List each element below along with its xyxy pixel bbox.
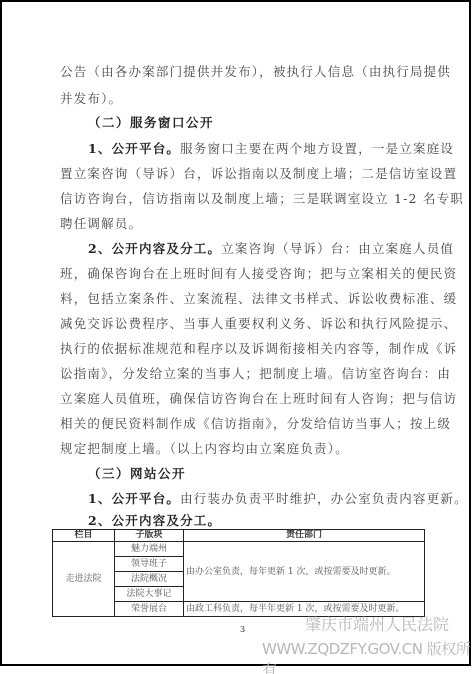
section-heading-3: （三）网站公开 [88, 464, 186, 482]
paragraph-line: 信访咨询台，信访指南以及制度上墙；三是联调室设立 1-2 名专职 [60, 189, 464, 207]
paragraph-line: 立案庭人员值班，确保信访咨询台在上班时间有人咨询；把与信访 [60, 389, 457, 407]
header-column: 栏目 [53, 530, 115, 542]
paragraph-line: 聘任调解员。 [60, 214, 142, 232]
section-heading-2: （二）服务窗口公开 [88, 113, 214, 131]
paragraph-line: 相关的便民资料制作成《信访指南》，分发给信访当事人；按上级 [60, 414, 451, 432]
item-label: 2、公开内容及分工。 [88, 241, 221, 256]
item-label: 1、公开平台。 [88, 491, 180, 506]
item-text: 立案咨询（导诉）台：由立案庭人员值 [221, 241, 454, 256]
cell-responsible: 由办公室负责，每年更新 1 次，或按需要及时更新。 [184, 542, 425, 602]
website-content-table: 栏目 子版块 责任部门 走进法院 魅力端州 由办公室负责，每年更新 1 次，或按… [52, 529, 425, 617]
paragraph-line: 公告（由各办案部门提供并发布），被执行人信息（由执行局提供 [60, 62, 451, 80]
paragraph-line: 规定把制度上墙。（以上内容均由立案庭负责）。 [60, 439, 349, 457]
paragraph-line: 1、公开平台。服务窗口主要在两个地方设置，一是立案庭设 [88, 139, 454, 157]
header-subsection: 子版块 [115, 530, 184, 542]
cell-subsection: 领导班子 [115, 557, 184, 572]
cell-subsection: 荣誉展台 [115, 602, 184, 617]
paragraph-line: 2、公开内容及分工。立案咨询（导诉）台：由立案庭人员值 [88, 239, 454, 257]
paragraph-line: 置立案咨询（导诉）台，诉讼指南以及制度上墙；二是信访室设置 [60, 164, 457, 182]
watermark-court-name: 肇庆市端州人民法院 [305, 612, 449, 635]
paragraph-line: 班，确保咨询台在上班时间有人接受咨询；把与立案相关的便民资 [60, 264, 457, 282]
watermark-copyright: WWW.ZQDZFY.GOV.CN 版权所有 [262, 638, 476, 674]
cell-column: 走进法院 [53, 542, 115, 617]
item-label: 1、公开平台。 [88, 141, 180, 156]
paragraph-line: 2、公开内容及分工。 [88, 511, 221, 529]
page-number: 3 [240, 625, 245, 634]
cell-subsection: 魅力端州 [115, 542, 184, 557]
paragraph-line: 1、公开平台。由行装办负责平时维护，办公室负责内容更新。 [88, 489, 468, 507]
item-text: 服务窗口主要在两个地方设置，一是立案庭设 [180, 141, 454, 156]
paragraph-line: 讼指南》，分发给立案的当事人；把制度上墙。信访室咨询台：由 [60, 364, 451, 382]
paragraph-line: 减免交诉讼费程序、当事人重要权利义务、诉讼和执行风险提示、 [60, 314, 457, 332]
paragraph-line: 并发布）。 [60, 89, 122, 107]
header-responsible: 责任部门 [184, 530, 425, 542]
cell-subsection: 法院大事记 [115, 587, 184, 602]
paragraph-line: 执行的依据标准规范和程序以及诉调衔接相关内容等，制作成《诉 [60, 339, 457, 357]
cell-subsection: 法院概况 [115, 572, 184, 587]
item-text: 由行装办负责平时维护，办公室负责内容更新。 [180, 491, 468, 506]
item-label: 2、公开内容及分工。 [88, 513, 221, 528]
paragraph-line: 料，包括立案条件、立案流程、法律文书样式、诉讼收费标准、缓 [60, 289, 457, 307]
